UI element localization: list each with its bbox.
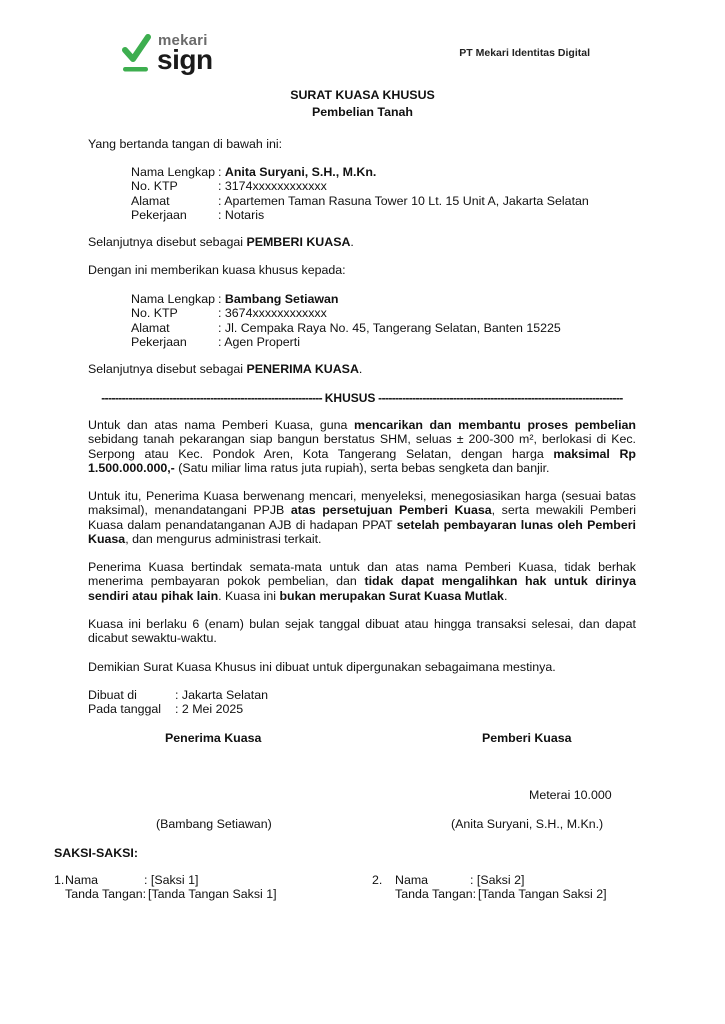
grantor-signature-name: (Anita Suryani, S.H., M.Kn.) [451,817,603,831]
company-name: PT Mekari Identitas Digital [459,47,590,59]
designation-role: PEMBERI KUASA [246,235,350,249]
field-value: : Apartemen Taman Rasuna Tower 10 Lt. 15… [218,194,589,208]
divider-dashes-right: ----------------------------------------… [378,391,623,405]
field-row: No. KTP: 3174xxxxxxxxxxxx [131,179,611,193]
body-text: , dan mengurus administrasi terkait. [125,532,321,546]
place-label: Dibuat di [88,688,137,702]
witness-name-value: : [Saksi 2] [470,873,524,887]
paragraph-authority: Untuk itu, Penerima Kuasa berwenang menc… [88,489,636,547]
field-label: No. KTP [131,179,178,193]
checkmark-icon [122,34,152,74]
grantor-signature-title: Pemberi Kuasa [482,731,572,745]
field-label: Alamat [131,321,170,335]
field-value: : Bambang Setiawan [218,292,339,306]
emphasis-text: bukan merupakan Surat Kuasa Mutlak [279,589,503,603]
field-value: : Anita Suryani, S.H., M.Kn. [218,165,376,179]
body-text: . Kuasa ini [218,589,279,603]
body-text: . [504,589,507,603]
grantee-signature-title: Penerima Kuasa [165,731,261,745]
field-label: No. KTP [131,306,178,320]
field-value: : 3674xxxxxxxxxxxx [218,306,327,320]
grantee-signature-name: (Bambang Setiawan) [156,817,272,831]
document-title: SURAT KUASA KHUSUS [0,88,725,102]
field-label: Pekerjaan [131,335,187,349]
grantor-details: Nama Lengkap: Anita Suryani, S.H., M.Kn.… [131,165,611,223]
emphasis-text: mencarikan dan membantu proses pembelian [354,418,636,432]
place-value: : Jakarta Selatan [175,688,268,702]
document-subtitle: Pembelian Tanah [0,105,725,119]
place-date: Dibuat di : Jakarta Selatan Pada tanggal… [88,688,388,717]
designation-role: PENERIMA KUASA [246,362,358,376]
designation-suffix: . [359,362,362,376]
grant-intro: Dengan ini memberikan kuasa khusus kepad… [88,263,636,277]
field-row: No. KTP: 3674xxxxxxxxxxxx [131,306,611,320]
field-value: : Agen Properti [218,335,300,349]
divider-label: KHUSUS [325,391,376,405]
witness-sign-value: [Tanda Tangan Saksi 2] [478,887,607,901]
stamp-duty-label: Meterai 10.000 [529,788,612,802]
witness-sign-label: Tanda Tangan: [395,887,476,901]
field-label: Alamat [131,194,170,208]
field-value: : Notaris [218,208,264,222]
paragraph-scope: Untuk dan atas nama Pemberi Kuasa, guna … [88,418,636,476]
field-value: : Jl. Cempaka Raya No. 45, Tangerang Sel… [218,321,561,335]
witness-sign-value: [Tanda Tangan Saksi 1] [148,887,277,901]
designation-prefix: Selanjutnya disebut sebagai [88,235,246,249]
grantee-details: Nama Lengkap: Bambang SetiawanNo. KTP: 3… [131,292,611,350]
grantor-designation: Selanjutnya disebut sebagai PEMBERI KUAS… [88,235,636,249]
field-row: Alamat: Jl. Cempaka Raya No. 45, Tangera… [131,321,611,335]
witness-1: 1. Nama : [Saksi 1] Tanda Tangan: [Tanda… [54,873,334,902]
witness-number: 2. [372,873,382,887]
body-text: Untuk dan atas nama Pemberi Kuasa, guna [88,418,354,432]
witness-name-label: Nama [395,873,428,887]
field-row: Pekerjaan: Notaris [131,208,611,222]
logo-wordmark-bottom: sign [157,44,213,76]
witness-number: 1. [54,873,64,887]
field-label: Nama Lengkap [131,292,215,306]
paragraph-validity: Kuasa ini berlaku 6 (enam) bulan sejak t… [88,617,636,646]
field-row: Pekerjaan: Agen Properti [131,335,611,349]
witness-name-label: Nama [65,873,98,887]
mekari-sign-logo: mekari sign [122,32,217,77]
witness-name-value: : [Saksi 1] [144,873,198,887]
date-value: : 2 Mei 2025 [175,702,243,716]
designation-suffix: . [350,235,353,249]
section-divider: ----------------------------------------… [88,391,636,405]
field-value: : 3174xxxxxxxxxxxx [218,179,327,193]
date-label: Pada tanggal [88,702,161,716]
witness-sign-label: Tanda Tangan: [65,887,146,901]
paragraph-limitations: Penerima Kuasa bertindak semata-mata unt… [88,560,636,603]
field-label: Pekerjaan [131,208,187,222]
divider-dashes-left: ----------------------------------------… [101,391,322,405]
field-row: Nama Lengkap: Bambang Setiawan [131,292,611,306]
emphasis-text: atas persetujuan Pemberi Kuasa [291,503,492,517]
paragraph-closing: Demikian Surat Kuasa Khusus ini dibuat u… [88,660,636,674]
body-text: Kuasa ini berlaku 6 (enam) bulan sejak t… [88,617,636,645]
body-text: (Satu miliar lima ratus juta rupiah), se… [175,461,550,475]
field-row: Nama Lengkap: Anita Suryani, S.H., M.Kn. [131,165,611,179]
intro-text: Yang bertanda tangan di bawah ini: [88,137,636,151]
body-text: Demikian Surat Kuasa Khusus ini dibuat u… [88,660,556,674]
witness-2: 2. Nama : [Saksi 2] Tanda Tangan: [Tanda… [372,873,652,902]
grantee-designation: Selanjutnya disebut sebagai PENERIMA KUA… [88,362,636,376]
field-row: Alamat: Apartemen Taman Rasuna Tower 10 … [131,194,611,208]
field-label: Nama Lengkap [131,165,215,179]
witnesses-heading: SAKSI-SAKSI: [54,846,138,860]
designation-prefix: Selanjutnya disebut sebagai [88,362,246,376]
